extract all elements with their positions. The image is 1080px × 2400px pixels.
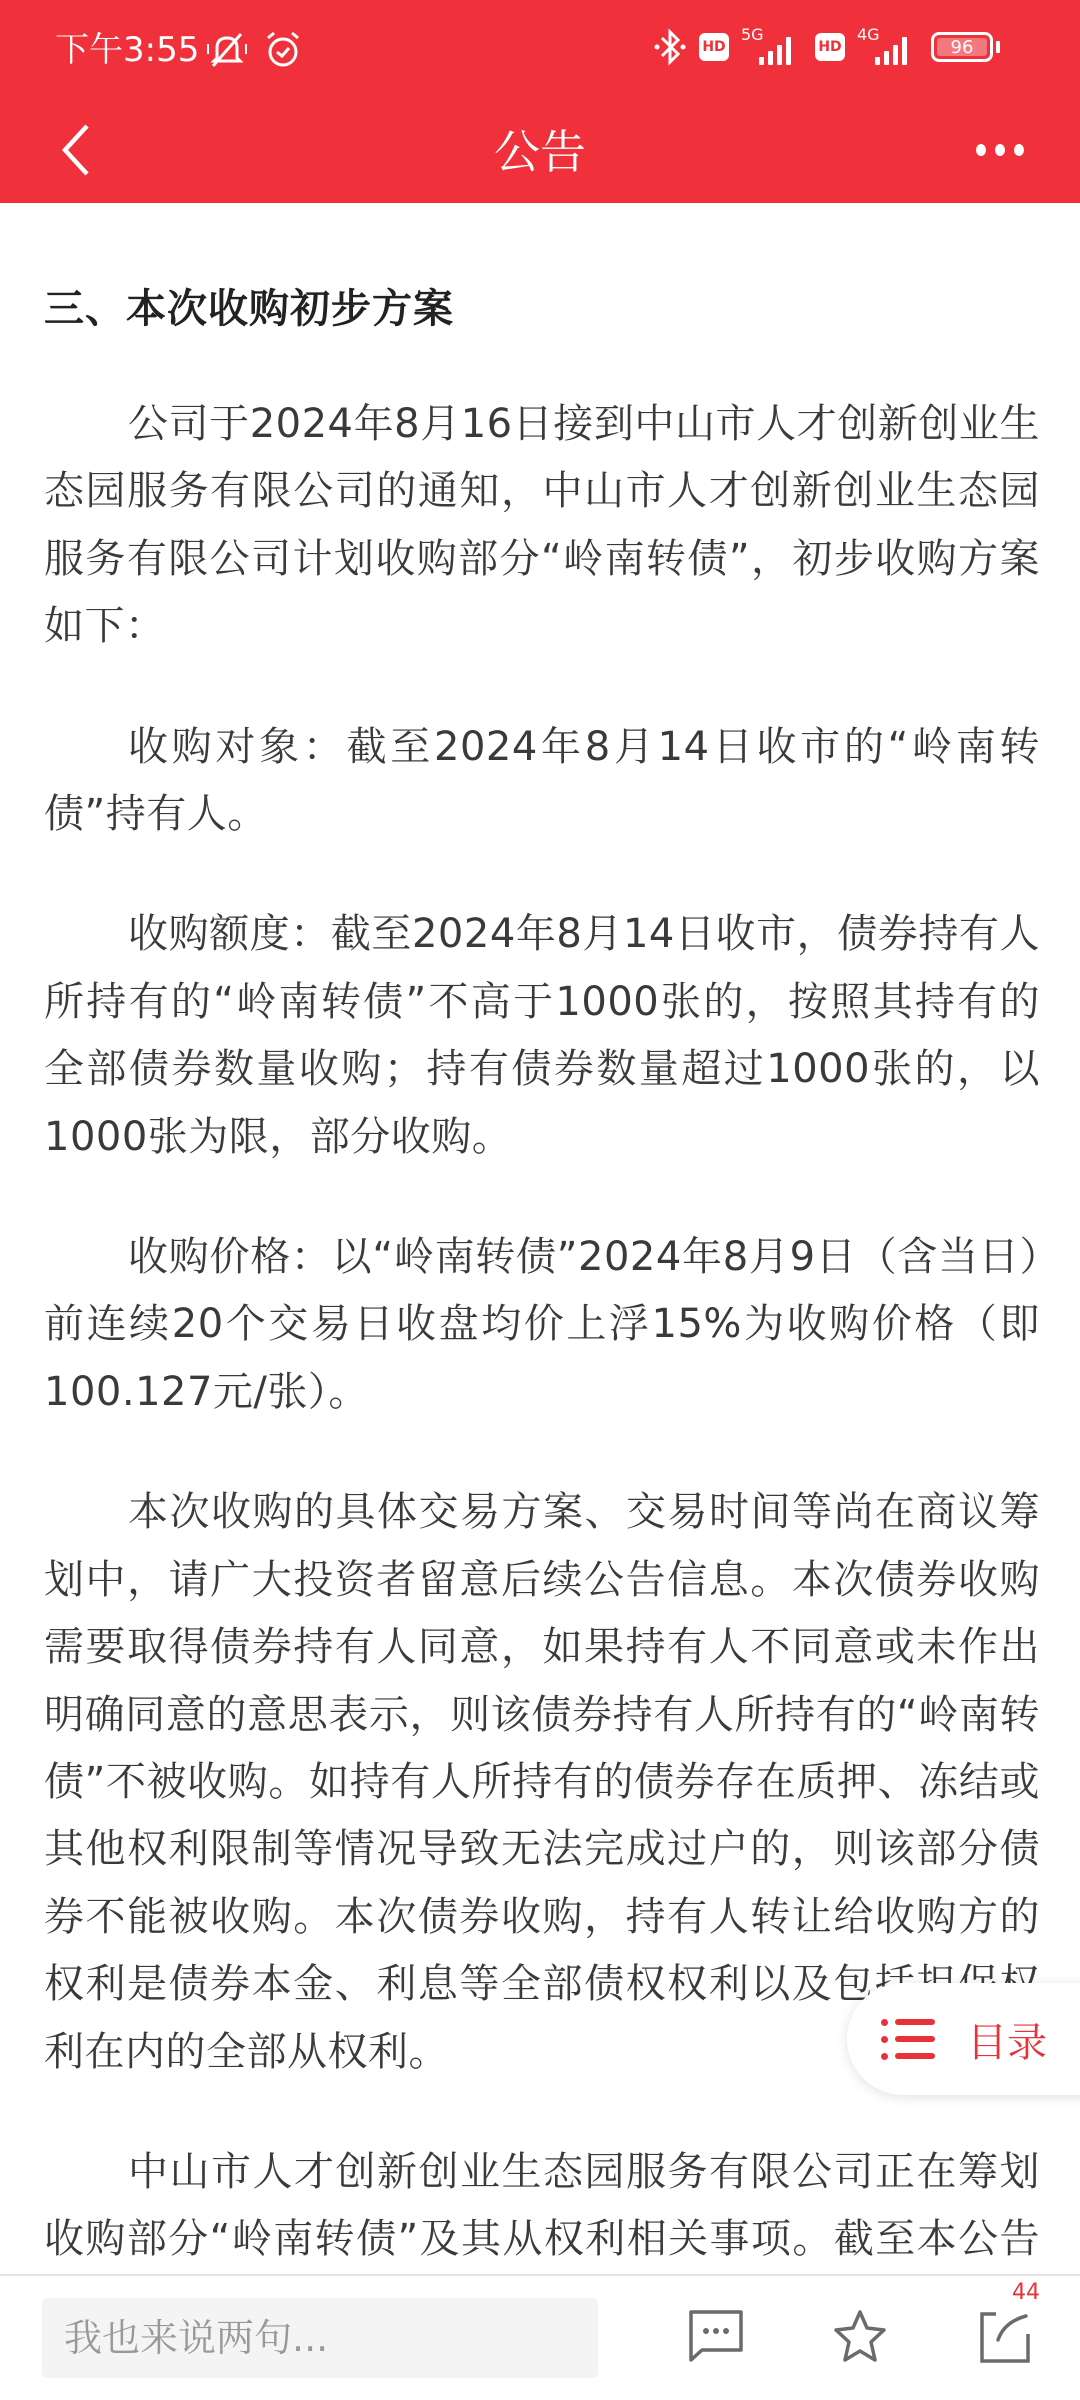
announcement-screen: 下午3:55 xyxy=(0,0,1080,2400)
battery-icon: 96 xyxy=(931,32,1000,62)
share-button[interactable] xyxy=(976,2306,1036,2366)
hd-icon: HD xyxy=(815,33,845,61)
page-title: 公告 xyxy=(0,122,1080,182)
favorite-button[interactable] xyxy=(830,2306,890,2366)
4g-signal-icon: 4G xyxy=(857,29,919,65)
share-count-badge: 44 xyxy=(1012,2280,1040,2306)
status-time: 下午3:55 xyxy=(55,28,199,72)
mute-bell-icon xyxy=(205,30,249,70)
alarm-icon xyxy=(263,30,303,70)
comment-input[interactable] xyxy=(42,2298,598,2378)
more-dots-icon xyxy=(976,144,986,156)
comment-icon xyxy=(686,2306,746,2366)
top-bar: 下午3:55 xyxy=(0,0,1080,203)
battery-level: 96 xyxy=(951,37,974,58)
5g-signal-icon: 5G xyxy=(741,29,803,65)
article-paragraph: 公司于2024年8月16日接到中山市人才创新创业生态园服务有限公司的通知，中山市… xyxy=(44,391,1040,661)
status-bar: 下午3:55 xyxy=(0,0,1080,100)
article-paragraph: 收购价格：以“岭南转债”2024年8月9日（含当日）前连续20个交易日收盘均价上… xyxy=(44,1224,1040,1426)
nav-header: 公告 xyxy=(0,100,1080,203)
toc-button[interactable]: 目录 xyxy=(847,1983,1080,2095)
bottom-bar xyxy=(0,2274,1080,2400)
comment-button[interactable] xyxy=(686,2306,746,2366)
article-body: 三、本次收购初步方案 公司于2024年8月16日接到中山市人才创新创业生态园服务… xyxy=(44,203,1040,2273)
list-icon xyxy=(881,2017,937,2061)
star-icon xyxy=(830,2306,890,2366)
article-paragraph: 收购对象：截至2024年8月14日收市的“岭南转债”持有人。 xyxy=(44,714,1040,849)
article-paragraph: 收购额度：截至2024年8月14日收市，债券持有人所持有的“岭南转债”不高于10… xyxy=(44,901,1040,1171)
more-button[interactable] xyxy=(960,130,1040,170)
status-left-icons xyxy=(205,30,303,70)
status-right-icons: HD 5G HD 4G 96 xyxy=(653,28,1000,66)
bluetooth-icon xyxy=(653,28,687,66)
share-icon xyxy=(976,2306,1036,2366)
toc-label: 目录 xyxy=(967,2011,1047,2068)
hd-icon: HD xyxy=(699,33,729,61)
section-title: 三、本次收购初步方案 xyxy=(44,279,1040,339)
article-paragraph: 中山市人才创新创业生态园服务有限公司正在筹划收购部分“岭南转债”及其从权利相关事… xyxy=(44,2139,1040,2273)
